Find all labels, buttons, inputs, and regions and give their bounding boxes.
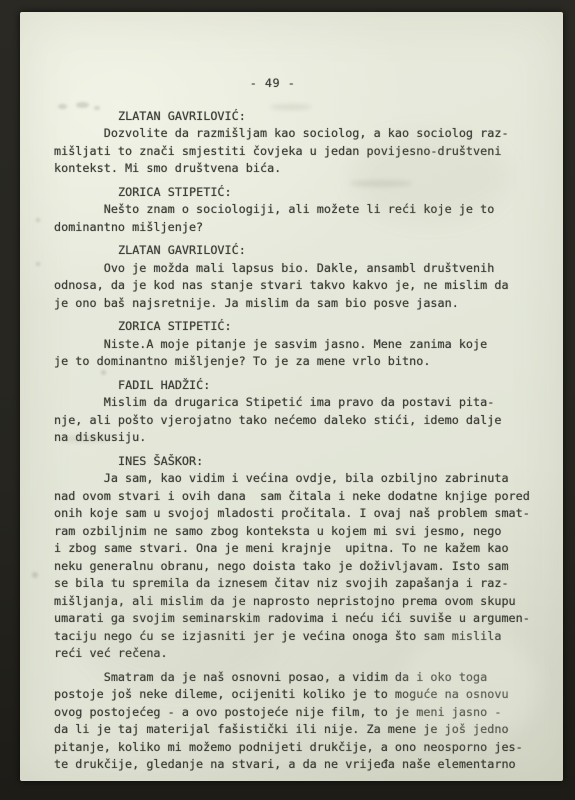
pencil-mark	[270, 104, 312, 110]
text-line: Ovo je možda mali lapsus bio. Dakle, ans…	[54, 260, 555, 278]
speaker-name: ZLATAN GAVRILOVIĆ:	[54, 108, 555, 126]
text-line: i zbog same stvari. Ona je meni krajnje …	[54, 540, 555, 558]
pencil-mark	[101, 370, 106, 375]
text-line: se bila tu spremila da iznesem čitav niz…	[54, 575, 555, 593]
pencil-mark	[32, 572, 38, 578]
text-line: ram ozbiljnim ne samo zbog konteksta u k…	[54, 523, 555, 541]
pencil-mark	[350, 180, 412, 187]
text-line: mišljati to znači smjestiti čovjeka u je…	[54, 143, 555, 161]
dialogue-block: INES ŠAŠKOR: Ja sam, kao vidim i većina …	[54, 453, 555, 663]
text-line: Nešto znam o sociologiji, ali možete li …	[54, 201, 555, 219]
text-line: Mislim da drugarica Stipetić ima pravo d…	[54, 394, 555, 412]
text-line: reći već rečena.	[54, 645, 555, 663]
text-line: odnosa, da je kod nas stanje stvari takv…	[54, 277, 555, 295]
pencil-mark	[58, 104, 67, 109]
pencil-mark	[36, 218, 40, 222]
text-line: Ja sam, kao vidim i većina ovdje, bila o…	[54, 470, 555, 488]
text-line: umarati ga svojim seminarskim radovima i…	[54, 610, 555, 628]
text-line: je to dominantno mišljenje? To je za men…	[54, 353, 555, 371]
pencil-mark	[36, 262, 40, 266]
text-line: nad ovom stvari i ovih dana sam čitala i…	[54, 488, 555, 506]
speaker-name: INES ŠAŠKOR:	[54, 453, 555, 471]
text-line: na diskusiju.	[54, 429, 555, 447]
text-line: Dozvolite da razmišljam kao sociolog, a …	[54, 125, 555, 143]
dialogue-block: Smatram da je naš osnovni posao, a vidim…	[54, 669, 555, 774]
text-line: neku generalnu obranu, nego doista tako …	[54, 558, 555, 576]
text-line: taciju nego ću se izjasniti jer je većin…	[54, 628, 555, 646]
text-line: kontekst. Mi smo društvena bića.	[54, 160, 555, 178]
text-line: pitanje, koliko mi možemo podnijeti druk…	[54, 739, 555, 757]
dialogue-block: ZORICA STIPETIĆ: Nešto znam o sociologij…	[54, 184, 555, 237]
pencil-mark	[60, 436, 112, 442]
text-line: nje, ali pošto vjerojatno tako nećemo da…	[54, 412, 555, 430]
text-line: da li je taj materijal fašistički ili ni…	[54, 721, 555, 739]
text-line: postoje još neke dileme, ocijeniti kolik…	[54, 686, 555, 704]
speaker-name: ZORICA STIPETIĆ:	[54, 184, 555, 202]
dialogue-block: ZLATAN GAVRILOVIĆ: Ovo je možda mali lap…	[54, 242, 555, 312]
dialogue-block: ZORICA STIPETIĆ: Niste.A moje pitanje je…	[54, 318, 555, 371]
dialogue-block: ZLATAN GAVRILOVIĆ: Dozvolite da razmišlj…	[54, 108, 555, 178]
text-line: je ono baš najsretnije. Ja mislim da sam…	[54, 295, 555, 313]
text-line: Niste.A moje pitanje je sasvim jasno. Me…	[54, 336, 555, 354]
text-line: onih koje sam u svojoj mladosti pročital…	[54, 505, 555, 523]
text-line: ovog postojećeg - a ovo postojeće nije f…	[54, 704, 555, 722]
pencil-mark	[76, 102, 89, 108]
pencil-mark	[94, 106, 100, 110]
text-line: mišljanja, ali mislim da je naprosto nep…	[54, 593, 555, 611]
speaker-name: FADIL HADŽIĆ:	[54, 377, 555, 395]
speaker-name: ZORICA STIPETIĆ:	[54, 318, 555, 336]
dialogue-block: FADIL HADŽIĆ: Mislim da drugarica Stipet…	[54, 377, 555, 447]
text-line: te drukčije, gledanje na stvari, a da ne…	[54, 756, 555, 774]
speaker-name: ZLATAN GAVRILOVIĆ:	[54, 242, 555, 260]
page-number: - 49 -	[1, 75, 544, 93]
text-line: Smatram da je naš osnovni posao, a vidim…	[54, 669, 555, 687]
text-line: dominantno mišljenje?	[54, 219, 555, 237]
document-page: - 49 - ZLATAN GAVRILOVIĆ: Dozvolite da r…	[20, 12, 563, 781]
